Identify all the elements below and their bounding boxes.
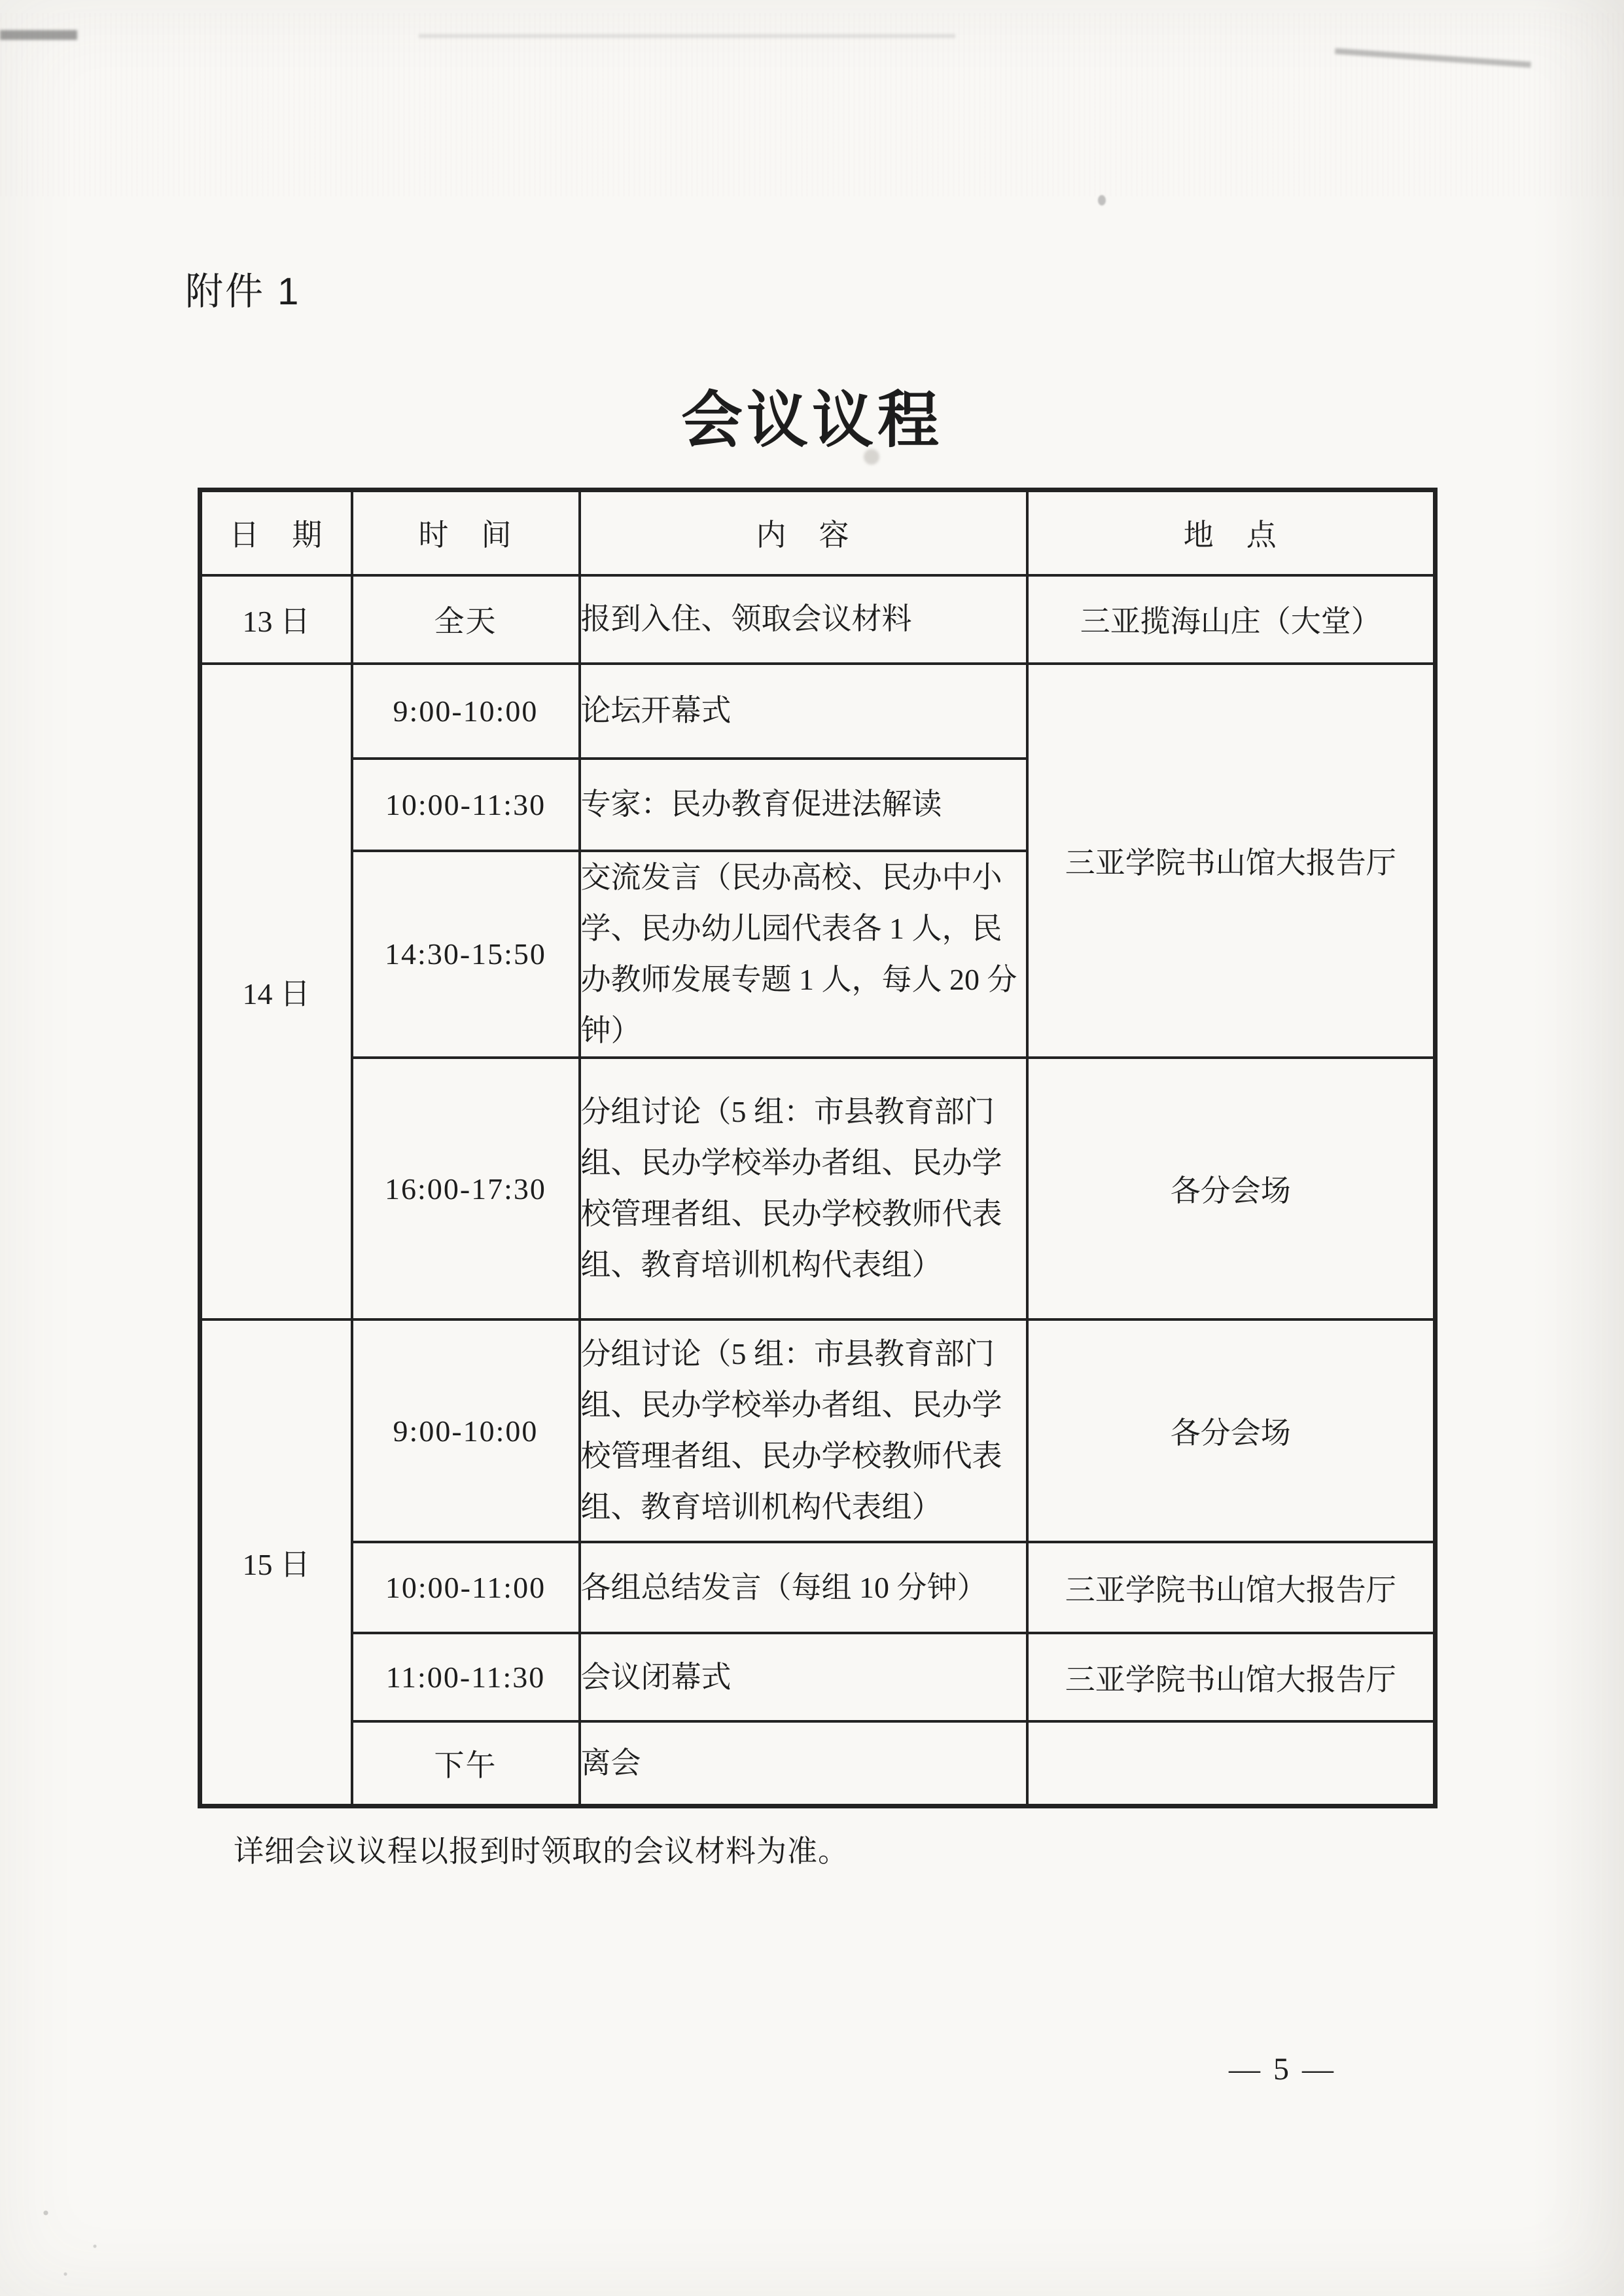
location-cell: 三亚学院书山馆大报告厅	[1027, 664, 1436, 1058]
time-cell: 16:00-17:30	[352, 1058, 580, 1319]
time-cell: 9:00-10:00	[352, 664, 580, 759]
page-number: — 5 —	[1112, 2051, 1453, 2087]
date-cell: 15 日	[200, 1319, 352, 1806]
table-row: 下午 离会	[200, 1721, 1436, 1806]
attachment-label: 附件 1	[185, 260, 300, 315]
scan-artifact-dot	[1098, 195, 1106, 206]
time-cell: 9:00-10:00	[352, 1319, 580, 1542]
date-column-header: 日 期	[200, 490, 352, 575]
scan-artifact-specks	[26, 2179, 124, 2291]
time-cell: 11:00-11:30	[352, 1633, 580, 1721]
table-row: 14 日 9:00-10:00 论坛开幕式 三亚学院书山馆大报告厅	[200, 664, 1436, 759]
page-title: 会议议程	[0, 370, 1624, 459]
location-column-header: 地 点	[1027, 490, 1436, 575]
document-page: 附件 1 会议议程 日 期 时 间 内 容 地 点 13 日 全天 报到入住、领…	[0, 0, 1624, 2296]
time-column-header: 时 间	[352, 490, 580, 575]
date-cell: 13 日	[200, 575, 352, 664]
location-cell: 各分会场	[1027, 1319, 1436, 1542]
time-cell: 10:00-11:30	[352, 759, 580, 851]
scan-artifact-edge-band	[1532, 0, 1624, 2296]
content-cell: 会议闭幕式	[580, 1633, 1027, 1721]
table-row: 10:00-11:00 各组总结发言（每组 10 分钟） 三亚学院书山馆大报告厅	[200, 1542, 1436, 1633]
location-cell: 三亚揽海山庄（大堂）	[1027, 575, 1436, 664]
content-cell: 论坛开幕式	[580, 664, 1027, 759]
location-cell: 三亚学院书山馆大报告厅	[1027, 1633, 1436, 1721]
content-cell: 离会	[580, 1721, 1027, 1806]
footer-note: 详细会议议程以报到时领取的会议材料为准。	[234, 1827, 849, 1871]
table-row: 16:00-17:30 分组讨论（5 组：市县教育部门组、民办学校举办者组、民办…	[200, 1058, 1436, 1319]
content-column-header: 内 容	[580, 490, 1027, 575]
time-cell: 14:30-15:50	[352, 851, 580, 1058]
table-row: 13 日 全天 报到入住、领取会议材料 三亚揽海山庄（大堂）	[200, 575, 1436, 664]
scan-artifact-smudge	[0, 30, 77, 40]
content-cell: 各组总结发言（每组 10 分钟）	[580, 1542, 1027, 1633]
location-cell	[1027, 1721, 1436, 1806]
content-cell: 分组讨论（5 组：市县教育部门组、民办学校举办者组、民办学校管理者组、民办学校教…	[580, 1058, 1027, 1319]
time-cell: 10:00-11:00	[352, 1542, 580, 1633]
location-cell: 三亚学院书山馆大报告厅	[1027, 1542, 1436, 1633]
content-cell: 分组讨论（5 组：市县教育部门组、民办学校举办者组、民办学校管理者组、民办学校教…	[580, 1319, 1027, 1542]
scan-artifact-noise-band	[0, 13, 1624, 196]
scan-artifact-streak	[419, 34, 955, 38]
content-cell: 交流发言（民办高校、民办中小学、民办幼儿园代表各 1 人，民办教师发展专题 1 …	[580, 851, 1027, 1058]
table-header-row: 日 期 时 间 内 容 地 点	[200, 490, 1436, 575]
time-cell: 全天	[352, 575, 580, 664]
time-cell: 下午	[352, 1721, 580, 1806]
content-cell: 专家：民办教育促进法解读	[580, 759, 1027, 851]
table-row: 11:00-11:30 会议闭幕式 三亚学院书山馆大报告厅	[200, 1633, 1436, 1721]
date-cell: 14 日	[200, 664, 352, 1320]
table-row: 15 日 9:00-10:00 分组讨论（5 组：市县教育部门组、民办学校举办者…	[200, 1319, 1436, 1542]
scan-artifact-smudge	[1335, 48, 1531, 68]
content-cell: 报到入住、领取会议材料	[580, 575, 1027, 664]
agenda-table: 日 期 时 间 内 容 地 点 13 日 全天 报到入住、领取会议材料 三亚揽海…	[198, 488, 1438, 1808]
location-cell: 各分会场	[1027, 1058, 1436, 1319]
